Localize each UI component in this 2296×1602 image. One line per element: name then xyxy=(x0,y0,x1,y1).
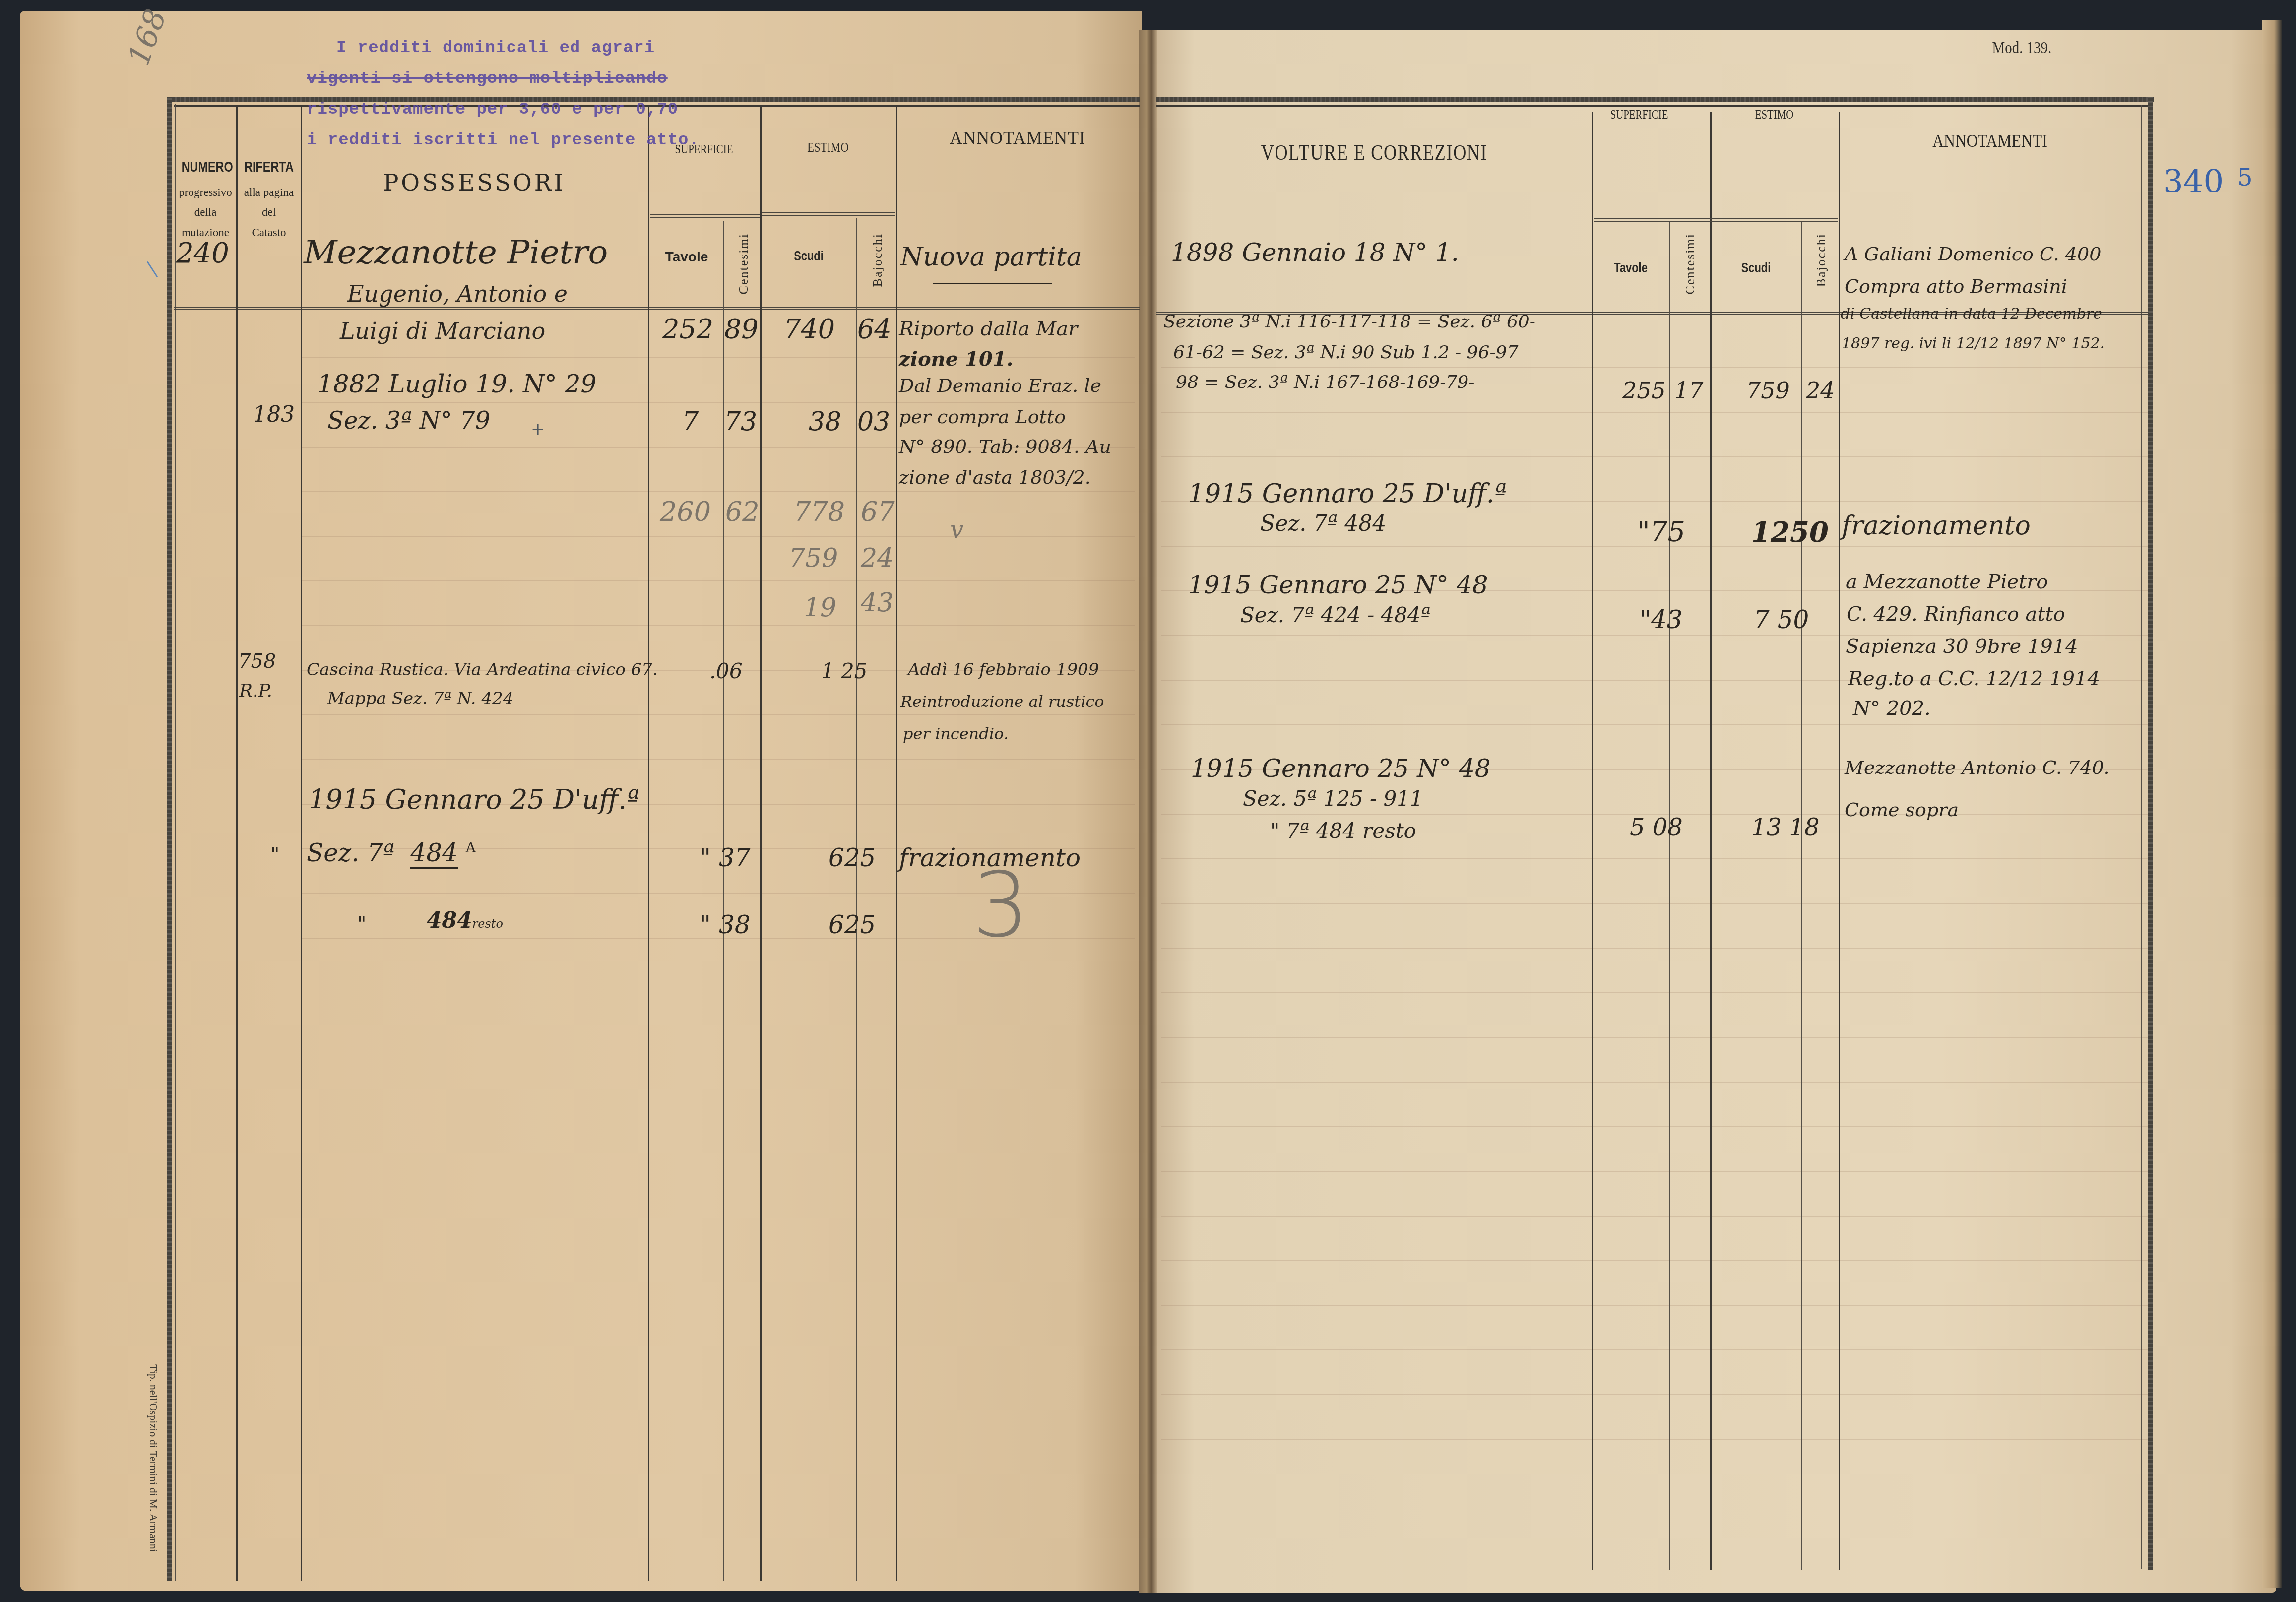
cell-centesimi: 17 xyxy=(1674,377,1704,404)
cell-centesimi: "43 xyxy=(1640,605,1683,634)
annotation: N° 202. xyxy=(1853,697,1931,720)
blue-page-number: 340 xyxy=(2163,164,2224,200)
header-riferta-sub: Catasto xyxy=(237,226,301,240)
header-tavole: Tavole xyxy=(650,248,723,265)
pencil-number: 3 xyxy=(972,853,1029,957)
header-possessori: POSSESSORI xyxy=(301,169,648,197)
annotation: Dal Demanio Eraz. le xyxy=(899,375,1101,396)
voltura-detail: " 7ª 484 resto xyxy=(1270,819,1416,843)
page-edges xyxy=(2262,20,2282,1588)
entry-date: 1915 Gennaro 25 D'uff.ª xyxy=(309,784,639,815)
annotation: Riporto dalla Mar xyxy=(899,318,1078,340)
cell-bajocchi: 18 xyxy=(1789,814,1819,841)
total-scudi: 19 xyxy=(804,593,836,623)
cell-tavole-value: . xyxy=(709,659,716,683)
cell-tavole-value: 5 xyxy=(1630,814,1645,841)
annotation: Come sopra xyxy=(1845,799,1959,821)
total-bajocchi: 67 xyxy=(861,496,895,527)
cell-bajocchi: 50 xyxy=(1778,605,1809,634)
annotation: zione d'asta 1803/2. xyxy=(899,466,1091,488)
entry-numero: 240 xyxy=(176,237,229,269)
cell-centesimi: " 38 xyxy=(700,910,751,939)
voltura-date: 1898 Gennaio 18 N° 1. xyxy=(1171,238,1459,267)
cell-scudi-value: 1 xyxy=(821,659,834,683)
cell-tavole: " xyxy=(700,843,711,872)
total-scudi: 759 xyxy=(789,543,838,573)
entry-numero-sub: R.P. xyxy=(239,681,272,701)
sub-row-parcel: 484 xyxy=(410,838,457,869)
cell-centesimi: "75 xyxy=(1637,516,1685,548)
header-bajocchi-right: Bajocchi xyxy=(1814,233,1829,287)
stamp-line: i redditi iscritti nel presente atto. xyxy=(307,125,700,156)
total-scudi: 778 xyxy=(794,496,845,527)
header-centesimi: Centesimi xyxy=(736,233,751,294)
annotation: C. 429. Rinfianco atto xyxy=(1847,603,2065,626)
voltura-detail: Sez. 7ª 484 xyxy=(1260,511,1386,536)
annotation: 1897 reg. ivi li 12/12 1897 N° 152. xyxy=(1842,335,2105,352)
plus-mark: + xyxy=(531,419,545,439)
annotation: Nuova partita xyxy=(900,242,1082,272)
blue-page-suffix: 5 xyxy=(2237,164,2253,192)
header-numero-title: NUMERO xyxy=(182,158,230,177)
cell-bajocchi: 50 xyxy=(1790,516,1829,549)
stamp-line: rispettivamente per 3,60 e per 0,70 xyxy=(307,94,700,125)
possessore-name: Eugenio, Antonio e xyxy=(347,280,568,307)
cell-tavole: " xyxy=(1640,605,1651,634)
stamp-line: I redditi dominicali ed agrari xyxy=(307,33,700,64)
annotation: N° 890. Tab: 9084. Au xyxy=(899,436,1111,457)
total-bajocchi: 43 xyxy=(861,588,893,618)
cell-scudi: 1 25 xyxy=(821,659,868,683)
annotation: a Mezzanotte Pietro xyxy=(1846,571,2048,593)
header-riferta-sub: alla pagina xyxy=(237,186,301,200)
cell-centesimi: " 37 xyxy=(700,843,751,872)
header-numero-sub: progressivo xyxy=(175,186,236,200)
annotation: di Castellana in data 12 Decembre xyxy=(1841,305,2102,322)
cell-tavole: " xyxy=(700,910,711,939)
sub-row-parcel-value: 484 xyxy=(427,908,472,933)
voltura-date: 1915 Gennaro 25 D'uff.ª xyxy=(1188,479,1507,509)
total-bajocchi: 24 xyxy=(861,543,893,573)
cell-scudi: 38 xyxy=(809,407,841,437)
rubber-stamp: I redditi dominicali ed agrari vigenti s… xyxy=(307,33,700,156)
annotation: Compra atto Bermasini xyxy=(1845,275,2067,297)
form-code: Mod. 139. xyxy=(1992,39,2052,58)
sub-row-section: Sez. 7ª 484 A xyxy=(307,838,476,867)
cell-centesimi: 06 xyxy=(716,659,742,683)
header-volture: VOLTURE E CORREZIONI xyxy=(1199,139,1549,166)
voltura-detail: 98 = Sez. 3ª N.i 167-168-169-79- xyxy=(1176,372,1474,392)
header-tavole-label: Tavole xyxy=(665,249,708,264)
header-bajocchi: Bajocchi xyxy=(870,233,885,287)
cell-tavole: 7 xyxy=(682,407,699,437)
sub-row-parcel: 484resto xyxy=(427,908,503,933)
cell-centesimi-value: 37 xyxy=(719,843,751,872)
entry-numero: 758 xyxy=(238,650,276,673)
book-spine xyxy=(1139,30,1157,1593)
header-superficie-right: SUPERFICIE xyxy=(1592,107,1687,123)
cell-bajocchi: 03 xyxy=(857,407,890,437)
cell-scudi-value: 12 xyxy=(1751,516,1790,549)
cell-tavole: .06 xyxy=(709,659,743,683)
annotation: zione 101. xyxy=(899,347,1013,371)
cell-bajocchi: 25 xyxy=(844,910,876,939)
annotation: Sapienza 30 9bre 1914 xyxy=(1846,635,2078,658)
header-riferta: RIFERTA alla pagina del Catasto xyxy=(237,158,301,240)
annotation: Mezzanotte Antonio C. 740. xyxy=(1845,757,2110,778)
sub-row-desc: Sez. 7ª xyxy=(307,838,395,867)
voltura-date: 1915 Gennaro 25 N° 48 xyxy=(1188,571,1488,599)
cell-tavole: 252 xyxy=(662,314,713,345)
cell-tavole: 5 08 xyxy=(1630,814,1683,841)
sub-row-parcel-sub: resto xyxy=(472,917,503,931)
ditto-mark: " xyxy=(270,843,279,866)
cell-scudi-value: 7 xyxy=(1754,605,1770,634)
annotation: Reg.to a C.C. 12/12 1914 xyxy=(1848,667,2100,690)
header-riferta-sub: del xyxy=(237,205,301,220)
header-estimo-right: ESTIMO xyxy=(1723,107,1826,123)
possessore-name: Cascina Rustica. Via Ardeatina civico 67… xyxy=(307,660,658,680)
voltura-detail: 61-62 = Sez. 3ª N.i 90 Sub 1.2 - 96-97 xyxy=(1173,342,1518,363)
annotation: A Galiani Domenico C. 400 xyxy=(1845,243,2101,265)
cell-scudi: 625 xyxy=(829,843,876,872)
header-scudi: Scudi xyxy=(771,247,846,264)
voltura-date: 1915 Gennaro 25 N° 48 xyxy=(1191,754,1491,783)
cell-scudi-value: 13 xyxy=(1751,814,1782,841)
voltura-detail: Sez. 7ª 424 - 484ª xyxy=(1240,603,1431,627)
possessore-parcel: Mappa Sez. 7ª N. 424 xyxy=(327,689,513,708)
total-centesimi: 62 xyxy=(725,496,760,527)
cell-tavole: " xyxy=(1637,516,1650,548)
header-estimo-title: ESTIMO xyxy=(773,139,882,156)
entry-riferta: 183 xyxy=(253,402,295,427)
stamp-line: vigenti si ottengono moltiplicando xyxy=(307,64,700,94)
annotation: frazionamento xyxy=(1842,511,2031,541)
cell-scudi: 1250 xyxy=(1751,516,1829,549)
header-tavole-right: Tavole xyxy=(1601,259,1660,276)
voltura-detail: Sez. 5ª 125 - 911 xyxy=(1243,786,1423,811)
annotation: per incendio. xyxy=(903,724,1009,743)
cell-tavole: 255 xyxy=(1622,377,1666,404)
header-estimo: ESTIMO xyxy=(760,139,896,156)
header-centesimi-right: Centesimi xyxy=(1683,233,1698,294)
header-superficie-title: SUPERFICIE xyxy=(659,141,749,158)
cell-centesimi-value: 38 xyxy=(719,910,751,939)
cell-scudi-value: 6 xyxy=(829,843,844,872)
entry-section: Sez. 3ª N° 79 xyxy=(327,407,490,435)
header-scudi-right: Scudi xyxy=(1721,259,1791,276)
voltura-detail: Sezione 3ª N.i 116-117-118 = Sez. 6ª 60- xyxy=(1163,312,1535,332)
header-superficie: SUPERFICIE xyxy=(648,141,760,158)
annotation: Reintroduzione al rustico xyxy=(900,692,1104,711)
printer-imprint: Tip. nell'Ospizio di Termini di M. Arman… xyxy=(147,1364,160,1552)
header-annotamenti-left: ANNOTAMENTI xyxy=(896,127,1139,149)
possessore-name: Luigi di Marciano xyxy=(340,318,545,344)
cell-bajocchi: 64 xyxy=(857,314,892,345)
cell-centesimi: 08 xyxy=(1653,814,1683,841)
cell-scudi: 759 xyxy=(1746,377,1790,404)
header-numero: NUMERO progressivo della mutazione xyxy=(175,158,236,240)
cell-bajocchi: 25 xyxy=(844,843,876,872)
cell-centesimi-value: 43 xyxy=(1651,605,1683,634)
cell-scudi: 625 xyxy=(829,910,876,939)
entry-date: 1882 Luglio 19. N° 29 xyxy=(318,370,596,398)
cell-scudi: 13 18 xyxy=(1751,814,1819,841)
header-annotamenti-right: ANNOTAMENTI xyxy=(1857,130,2123,152)
cell-scudi: 740 xyxy=(784,314,835,345)
cell-centesimi-value: 75 xyxy=(1650,516,1685,548)
cell-centesimi: 73 xyxy=(724,407,757,437)
sub-row-parcel-sup: A xyxy=(466,839,476,856)
check-mark: v xyxy=(950,516,963,544)
annotation: per compra Lotto xyxy=(899,406,1066,428)
header-riferta-title: RIFERTA xyxy=(244,158,294,177)
cell-scudi: 7 50 xyxy=(1754,605,1809,634)
total-tavole: 260 xyxy=(660,496,711,527)
cell-bajocchi: 24 xyxy=(1806,377,1835,404)
cell-scudi-value: 6 xyxy=(829,910,844,939)
header-scudi-label: Scudi xyxy=(794,248,823,263)
annotation: Addì 16 febbraio 1909 xyxy=(908,660,1099,680)
possessore-name: Mezzanotte Pietro xyxy=(304,233,608,271)
cell-bajocchi: 25 xyxy=(841,659,867,683)
header-numero-sub: della xyxy=(175,205,236,220)
annotation-underline xyxy=(933,283,1052,284)
ditto-mark: " xyxy=(357,913,366,936)
cell-centesimi: 89 xyxy=(724,314,759,345)
